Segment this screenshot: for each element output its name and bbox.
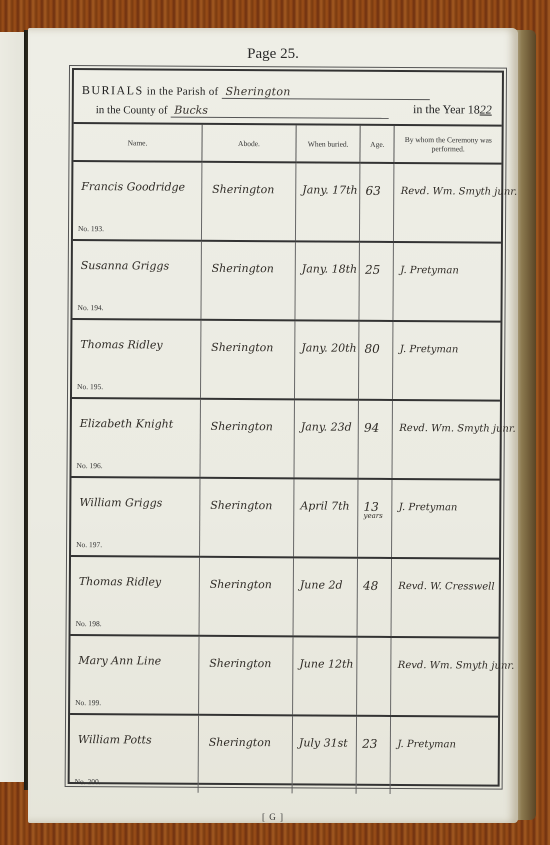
burial-name: William Griggs xyxy=(79,496,162,510)
col-header-age: Age. xyxy=(360,126,394,163)
burials-table: Name. Abode. When buried. Age. By whom t… xyxy=(70,124,502,795)
register-heading: BURIALS in the Parish of Sherington in t… xyxy=(74,70,502,127)
age-number: 63 xyxy=(365,184,380,198)
age-value: 48 xyxy=(363,579,378,591)
abode-value: Sherington xyxy=(211,341,273,354)
cell-when-buried: Jany. 20th xyxy=(295,320,360,399)
cell-age xyxy=(357,637,392,716)
table-row: Elizabeth Knight No. 196. Sherington Jan… xyxy=(72,398,500,480)
entry-number: No. 195. xyxy=(77,382,103,391)
age-value: 80 xyxy=(364,342,379,354)
burial-register-frame: BURIALS in the Parish of Sherington in t… xyxy=(68,68,504,787)
burial-name: Susanna Griggs xyxy=(81,259,169,273)
abode-value: Sherington xyxy=(210,578,272,591)
table-header-row: Name. Abode. When buried. Age. By whom t… xyxy=(73,124,501,164)
officiant-name: J. Pretyman xyxy=(400,344,459,355)
officiant-name: J. Pretyman xyxy=(400,265,459,276)
burial-name: Elizabeth Knight xyxy=(80,417,173,431)
abode-value: Sherington xyxy=(212,183,274,196)
cell-when-buried: April 7th xyxy=(294,478,359,557)
cell-age: 23 xyxy=(356,716,391,794)
abode-value: Sherington xyxy=(212,262,274,275)
cell-age: 13years xyxy=(358,479,393,558)
cell-name: Mary Ann Line No. 199. xyxy=(70,635,199,715)
burial-date: June 2d xyxy=(300,578,343,591)
year-field: 22 xyxy=(480,102,492,116)
col-header-when-buried: When buried. xyxy=(296,125,360,162)
cell-age: 94 xyxy=(358,400,393,479)
cell-officiant: Revd. Wm. Smyth junr. xyxy=(392,400,500,480)
table-row: Thomas Ridley No. 195. Sherington Jany. … xyxy=(72,319,500,401)
cell-name: Thomas Ridley No. 195. xyxy=(72,319,201,399)
abode-value: Sherington xyxy=(209,657,271,670)
burial-name: Mary Ann Line xyxy=(78,654,161,668)
heading-burials: BURIALS xyxy=(82,83,144,97)
burial-date: Jany. 17th xyxy=(302,183,357,196)
cell-abode: Sherington xyxy=(199,478,294,558)
cell-when-buried: Jany. 17th xyxy=(295,162,360,241)
age-number: 94 xyxy=(364,421,379,435)
cell-age: 63 xyxy=(360,163,395,242)
burial-date: Jany. 23d xyxy=(301,420,352,433)
cell-when-buried: June 12th xyxy=(293,636,358,715)
parish-prefix: in the Parish of xyxy=(147,85,219,97)
printer-signature-mark: [ G ] xyxy=(28,812,518,822)
abode-value: Sherington xyxy=(210,499,272,512)
abode-value: Sherington xyxy=(211,420,273,433)
cell-officiant: Revd. Wm. Smyth junr. xyxy=(394,163,502,243)
cell-officiant: J. Pretyman xyxy=(393,242,501,322)
cell-when-buried: June 2d xyxy=(293,557,358,636)
entry-number: No. 198. xyxy=(76,619,102,628)
cell-name: Susanna Griggs No. 194. xyxy=(72,240,201,320)
age-number: 25 xyxy=(365,263,380,277)
facing-page-edge xyxy=(0,32,26,782)
cell-abode: Sherington xyxy=(200,320,295,400)
cell-name: William Potts No. 200. xyxy=(70,714,199,793)
burial-date: July 31st xyxy=(299,736,348,749)
entry-number: No. 196. xyxy=(77,461,103,470)
age-number: 80 xyxy=(364,342,379,356)
cell-officiant: J. Pretyman xyxy=(393,321,501,401)
officiant-name: Revd. Wm. Smyth junr. xyxy=(401,186,518,198)
officiant-name: J. Pretyman xyxy=(399,502,458,513)
year-prefix: in the Year 18 xyxy=(413,102,480,116)
age-number: 23 xyxy=(362,737,377,751)
cell-abode: Sherington xyxy=(201,162,296,242)
cell-abode: Sherington xyxy=(198,636,293,716)
age-number: 48 xyxy=(363,579,378,593)
table-row: Francis Goodridge No. 193. Sherington Ja… xyxy=(73,161,501,243)
cell-abode: Sherington xyxy=(198,715,293,794)
cell-when-buried: July 31st xyxy=(292,715,357,793)
burial-date: April 7th xyxy=(300,499,349,512)
cell-name: Thomas Ridley No. 198. xyxy=(71,556,200,636)
cell-abode: Sherington xyxy=(199,557,294,637)
table-row: William Potts No. 200. Sherington July 3… xyxy=(70,714,498,795)
officiant-name: Revd. W. Cresswell xyxy=(398,581,494,593)
burial-date: Jany. 18th xyxy=(302,262,357,275)
age-value: 63 xyxy=(365,184,380,196)
age-value: 13years xyxy=(363,500,382,520)
entry-number: No. 200. xyxy=(75,777,101,786)
col-header-abode: Abode. xyxy=(202,125,296,163)
register-page: Page 25. BURIALS in the Parish of Sherin… xyxy=(28,28,518,823)
cell-officiant: Revd. Wm. Smyth junr. xyxy=(391,637,499,717)
entry-number: No. 197. xyxy=(76,540,102,549)
parish-field: Sherington xyxy=(222,85,430,100)
age-value: 25 xyxy=(365,263,380,275)
entry-number: No. 194. xyxy=(78,303,104,312)
table-row: Thomas Ridley No. 198. Sherington June 2… xyxy=(71,556,499,638)
officiant-name: J. Pretyman xyxy=(397,739,456,750)
page-title: Page 25. xyxy=(28,46,518,63)
cell-when-buried: Jany. 18th xyxy=(295,241,360,320)
col-header-officiant: By whom the Ceremony was performed. xyxy=(394,126,501,164)
parish-line: BURIALS in the Parish of Sherington xyxy=(82,83,430,100)
burial-date: Jany. 20th xyxy=(301,341,356,354)
age-unit: years xyxy=(363,512,382,520)
cell-officiant: J. Pretyman xyxy=(391,716,499,795)
cell-officiant: Revd. W. Cresswell xyxy=(391,558,499,638)
county-line: in the County of Bucks xyxy=(96,103,389,119)
col-header-name: Name. xyxy=(73,124,202,162)
officiant-name: Revd. Wm. Smyth junr. xyxy=(399,423,516,435)
cell-name: William Griggs No. 197. xyxy=(71,477,200,557)
year-line: in the Year 1822 xyxy=(413,102,492,117)
table-row: William Griggs No. 197. Sherington April… xyxy=(71,477,499,559)
burial-date: June 12th xyxy=(299,657,353,670)
cell-abode: Sherington xyxy=(200,399,295,479)
burial-name: Thomas Ridley xyxy=(80,338,162,352)
cell-age: 80 xyxy=(359,321,394,400)
table-row: Mary Ann Line No. 199. Sherington June 1… xyxy=(70,635,498,717)
cell-name: Francis Goodridge No. 193. xyxy=(73,161,202,241)
abode-value: Sherington xyxy=(209,736,271,749)
entry-number: No. 199. xyxy=(75,698,101,707)
officiant-name: Revd. Wm. Smyth junr. xyxy=(398,660,515,672)
age-value: 94 xyxy=(364,421,379,433)
cell-age: 25 xyxy=(359,242,394,321)
burial-name: Thomas Ridley xyxy=(79,575,161,589)
table-row: Susanna Griggs No. 194. Sherington Jany.… xyxy=(72,240,500,322)
county-prefix: in the County of xyxy=(96,104,168,116)
county-field: Bucks xyxy=(170,104,388,119)
burial-name: Francis Goodridge xyxy=(81,180,185,194)
entry-number: No. 193. xyxy=(78,224,104,233)
cell-name: Elizabeth Knight No. 196. xyxy=(72,398,201,478)
burial-name: William Potts xyxy=(78,733,152,746)
age-value: 23 xyxy=(362,737,377,749)
cell-abode: Sherington xyxy=(201,241,296,321)
cell-age: 48 xyxy=(357,558,392,637)
cell-officiant: J. Pretyman xyxy=(392,479,500,559)
cell-when-buried: Jany. 23d xyxy=(294,399,359,478)
